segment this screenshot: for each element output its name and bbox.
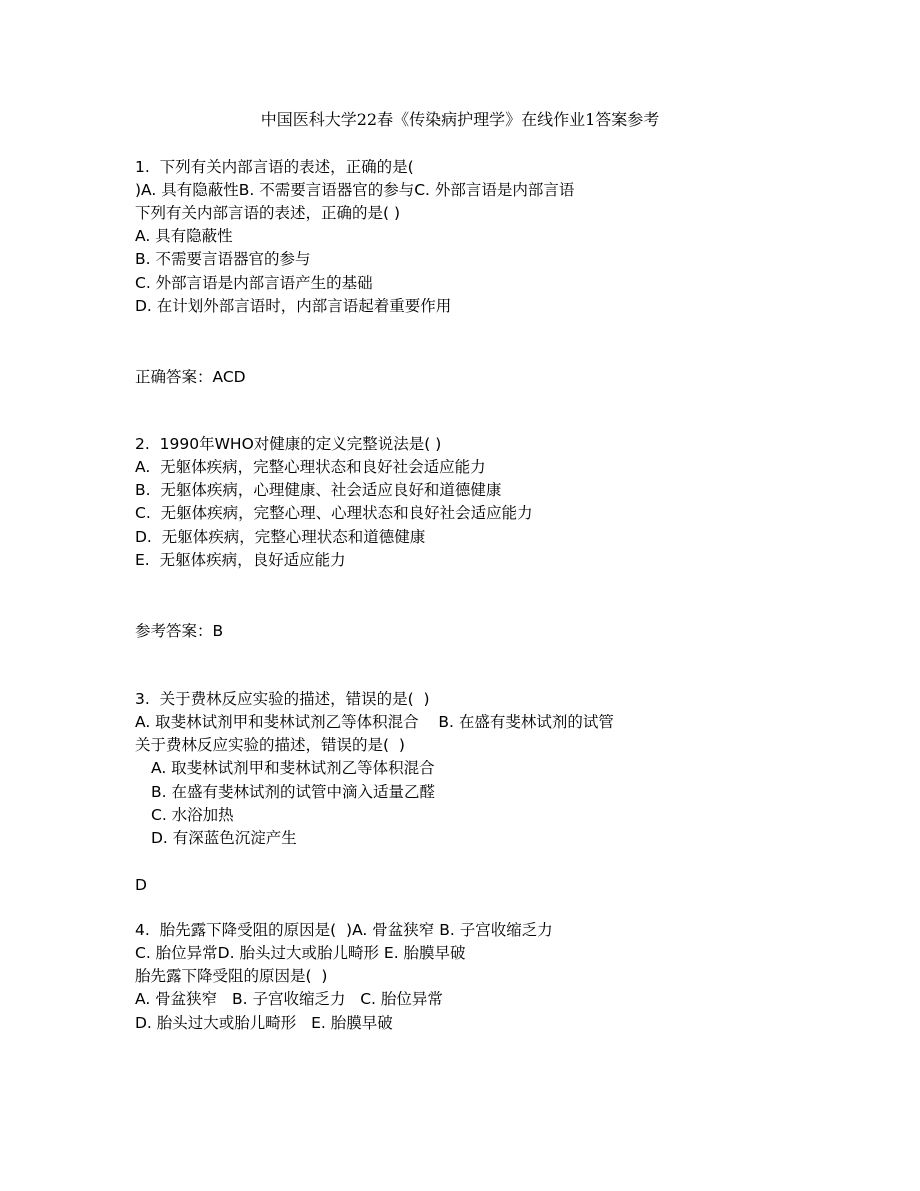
question-restated: 关于费林反应实验的描述，错误的是( ) [135,734,405,757]
question-stem-continued: )A. 具有隐蔽性B. 不需要言语器官的参与C. 外部言语是内部言语 [135,179,574,202]
option-c: C. 无躯体疾病，完整心理、心理状态和良好社会适应能力 [135,502,533,525]
option-b: B. 无躯体疾病，心理健康、社会适应良好和道德健康 [135,479,501,502]
question-stem-continued: A. 取斐林试剂甲和斐林试剂乙等体积混合 B. 在盛有斐林试剂的试管 [135,711,614,734]
document-title: 中国医科大学22春《传染病护理学》在线作业1答案参考 [0,108,920,132]
option-a: A. 取斐林试剂甲和斐林试剂乙等体积混合 [151,757,435,780]
answer: 正确答案：ACD [135,366,246,389]
option-e: E. 无躯体疾病，良好适应能力 [135,549,346,572]
question-stem: 3. 关于费林反应实验的描述，错误的是( ) [135,688,430,711]
option-a: A. 无躯体疾病，完整心理状态和良好社会适应能力 [135,456,486,479]
option-b: B. 不需要言语器官的参与 [135,248,311,271]
question-stem: 1. 下列有关内部言语的表述，正确的是( [135,156,414,179]
options-a-to-c: A. 骨盆狭窄 B. 子宫收缩乏力 C. 胎位异常 [135,988,443,1011]
option-d: D. 有深蓝色沉淀产生 [151,827,297,850]
option-b: B. 在盛有斐林试剂的试管中滴入适量乙醛 [151,781,435,804]
question-stem: 4. 胎先露下降受阻的原因是( )A. 骨盆狭窄 B. 子宫收缩乏力 [135,919,553,942]
option-a: A. 具有隐蔽性 [135,225,233,248]
question-stem: 2. 1990年WHO对健康的定义完整说法是( ) [135,433,441,456]
option-c: C. 水浴加热 [151,804,234,827]
answer: 参考答案：B [135,620,223,643]
option-d: D. 在计划外部言语时，内部言语起着重要作用 [135,295,451,318]
answer: D [135,874,147,897]
question-stem-continued: C. 胎位异常D. 胎头过大或胎儿畸形 E. 胎膜早破 [135,942,466,965]
option-d: D. 无躯体疾病，完整心理状态和道德健康 [135,526,425,549]
question-restated: 下列有关内部言语的表述，正确的是( ) [135,202,400,225]
options-d-to-e: D. 胎头过大或胎儿畸形 E. 胎膜早破 [135,1012,393,1035]
question-restated: 胎先露下降受阻的原因是( ) [135,965,327,988]
option-c: C. 外部言语是内部言语产生的基础 [135,272,373,295]
